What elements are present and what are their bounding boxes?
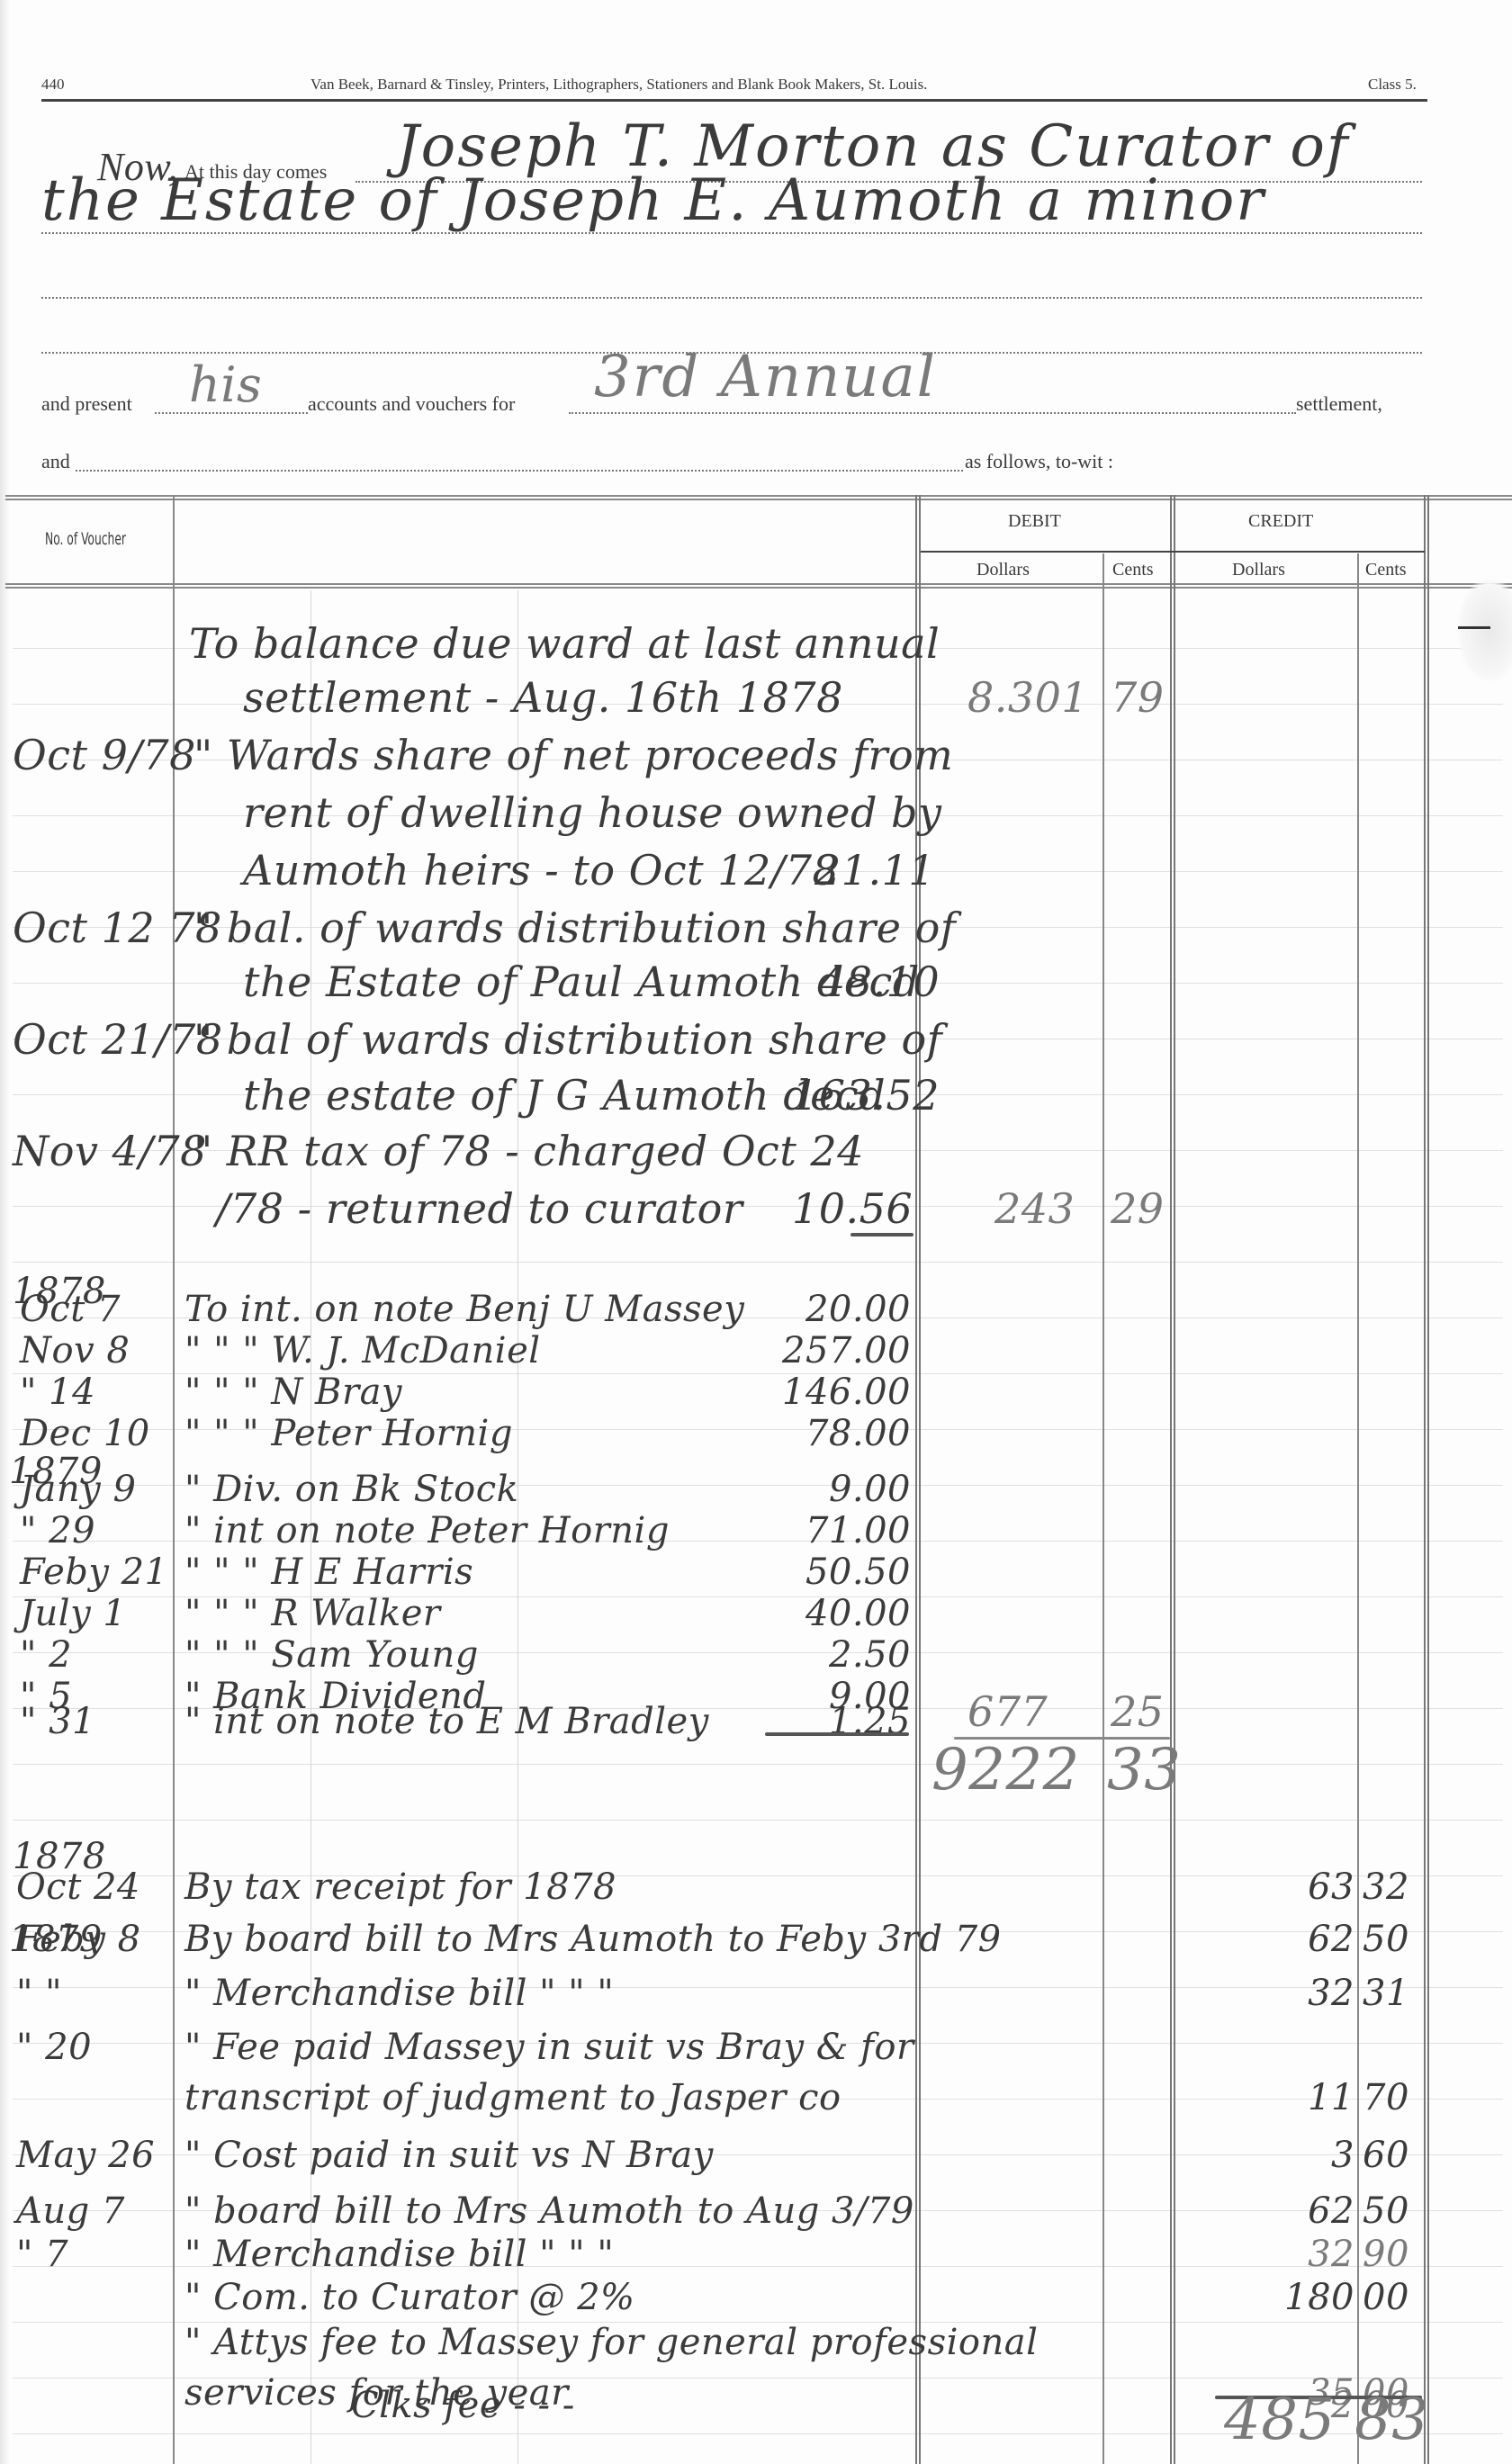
dotted-line-3 [41,297,1422,299]
header-rule [41,99,1427,102]
credit-cents-value: 31 [1363,1973,1409,2014]
page-tear [1456,576,1512,684]
entry-line: the Estate of Paul Aumoth decd [243,958,920,1006]
debit-total-cents: 33 [1107,1737,1181,1803]
credit-cents-value: 70 [1363,2077,1409,2118]
entry-line: To balance due ward at last annual [189,619,940,668]
interest-description: " " " N Bray [184,1371,402,1413]
credit-description: " board bill to Mrs Aumoth to Aug 3/79 [184,2190,914,2232]
interest-date: " 29 [20,1510,95,1551]
credit-cents-value: 32 [1363,1866,1409,1908]
present-label: and present [41,392,132,416]
debit-total-dollars: 9222 [931,1737,1080,1803]
credit-cents-value: 90 [1363,2234,1409,2275]
debit-cents-divider [1102,553,1104,2464]
ledger-rule [13,1262,1503,1263]
ledger-page: 440 Van Beek, Barnard & Tinsley, Printer… [0,0,1512,2464]
sub-amount-underline [850,1233,913,1236]
credit-dollars-value: 32 [1308,1973,1354,2014]
entry-line: " bal of wards distribution share of [193,1015,942,1064]
entry-date: Nov 4/78 [13,1127,207,1175]
and-label: and [41,450,70,473]
interest-amount: 50.50 [805,1551,911,1593]
interest-date: July 1 [20,1593,126,1634]
credit-total-cents: 83 [1354,2387,1428,2453]
interest-description: To int. on note Benj U Massey [184,1289,744,1330]
table-top-border [5,495,1512,500]
credit-dollars-value: 11 [1308,2077,1354,2118]
credit-description: By tax receipt for 1878 [184,1866,616,1908]
debit-dollars-value: 8.301 [967,673,1088,722]
interest-date: Dec 10 [20,1413,150,1454]
credit-description: " Merchandise bill " " " [184,2234,614,2275]
credit-dollars-value: 32 [1308,2234,1354,2275]
debit-cents-value: 25 [1111,1687,1165,1736]
credit-dollars-value: 62 [1308,1919,1354,1960]
credit-cents-value: 00 [1363,2277,1409,2318]
credit-date: May 26 [16,2135,155,2176]
credit-date: Oct 24 [16,1866,140,1908]
credit-date: Aug 7 [16,2190,125,2232]
credit-description: " Com. to Curator @ 2% [184,2277,635,2318]
tear-ink-mark [1458,626,1490,629]
present-handwritten: his [189,356,262,413]
table-header-bottom-border [5,583,1512,589]
debit-dollars-value: 677 [967,1687,1048,1736]
interest-date: Feby 21 [20,1551,168,1593]
credit-cents-value: 60 [1363,2135,1409,2176]
credit-description: " Attys fee to Massey for general profes… [184,2322,1038,2363]
debit-cents-value: 79 [1111,673,1165,722]
credit-total-dollars: 485 [1224,2387,1336,2453]
interest-date: Oct 7 [20,1289,121,1330]
credit-header: CREDIT [1248,511,1313,532]
credit-date: " 20 [16,2027,92,2068]
sub-amount: 21.11 [814,846,935,895]
interest-amount: 2.50 [829,1634,911,1676]
ledger-rule [13,1764,1503,1765]
interest-description: " int on note Peter Hornig [184,1510,670,1551]
debit-dollars-header: Dollars [976,560,1030,580]
follows-label: as follows, to-wit : [965,450,1113,473]
estate-line-handwritten: the Estate of Joseph E. Aumoth a minor [41,167,1265,234]
voucher-column-header: No. of Voucher [45,529,126,549]
dotted-settlement [569,412,1296,414]
interest-date: Nov 8 [20,1330,130,1371]
interest-description: " int on note to E M Bradley [184,1701,709,1742]
entry-date: Oct 21/78 [13,1015,223,1064]
entry-line: " Wards share of net proceeds from [193,731,953,779]
credit-cents-value: 50 [1363,2190,1409,2232]
interest-amount: 78.00 [805,1413,911,1454]
interest-description: " " " Peter Hornig [184,1413,513,1454]
interest-description: " " " R Walker [184,1593,440,1634]
entry-line: settlement - Aug. 16th 1878 [243,673,843,722]
interest-amount: 257.00 [782,1330,911,1371]
interest-amount: 71.00 [805,1510,911,1551]
credit-cents-divider [1357,553,1359,2464]
credit-date: " 7 [16,2234,68,2275]
credit-description: " Merchandise bill " " " [184,1973,614,2014]
dotted-and [76,470,963,472]
sub-amount: 163.52 [792,1071,940,1120]
settlement-label: settlement, [1296,392,1382,416]
credit-cents-value: 50 [1363,1919,1409,1960]
interest-description: " Div. on Bk Stock [184,1469,518,1510]
debit-credit-divider [1170,495,1175,2464]
entry-line: " RR tax of 78 - charged Oct 24 [193,1127,864,1175]
debit-dollars-value: 243 [994,1184,1075,1233]
credit-description: By board bill to Mrs Aumoth to Feby 3rd … [184,1919,1002,1960]
interest-amount: 20.00 [805,1289,911,1330]
credit-date: " " [16,1973,62,2014]
vouchers-label: accounts and vouchers for [308,392,515,416]
credit-dollars-header: Dollars [1232,560,1285,580]
credit-dollars-value: 62 [1308,2190,1354,2232]
entry-line: Aumoth heirs - to Oct 12/78 [243,846,839,895]
entry-line: rent of dwelling house owned by [243,788,941,837]
interest-amount: 1.25 [829,1701,911,1742]
interest-description: " " " Sam Young [184,1634,479,1676]
interest-amount: 146.00 [782,1371,911,1413]
credit-dollars-value: 63 [1308,1866,1354,1908]
interest-amount: 40.00 [805,1593,911,1634]
sub-amount: 10.56 [792,1184,913,1233]
credit-dollars-value: 180 [1284,2277,1354,2318]
credit-description: " Fee paid Massey in suit vs Bray & for [184,2027,914,2068]
credit-dollars-value: 3 [1331,2135,1354,2176]
credit-date: Feby 8 [16,1919,141,1960]
page-number: 440 [41,76,65,94]
credit-description: " Cost paid in suit vs N Bray [184,2135,714,2176]
debit-credit-subheader-rule [921,551,1425,553]
interest-description: " " " W. J. McDaniel [184,1330,541,1371]
ledger-rule [13,1820,1503,1821]
debit-header: DEBIT [1008,511,1061,532]
interest-date: " 14 [20,1371,95,1413]
publisher-line: Van Beek, Barnard & Tinsley, Printers, L… [310,76,927,94]
credit-description: Clks fee - - - [351,2385,575,2426]
page-edge-shadow [0,0,9,2464]
year-label: 1879 [9,1451,103,1492]
interest-description: " " " H E Harris [184,1551,473,1593]
debit-cents-header: Cents [1112,560,1154,580]
entry-date: Oct 9/78 [13,731,196,779]
credit-cents-header: Cents [1365,560,1407,580]
sub-amount: 48.10 [819,958,940,1006]
settlement-handwritten: 3rd Annual [594,344,937,410]
interest-amount: 9.00 [829,1469,911,1510]
entry-date: Oct 12 78 [13,904,222,952]
class-label: Class 5. [1368,76,1417,94]
entry-line: " bal. of wards distribution share of [193,904,956,952]
voucher-column-divider [173,495,175,2464]
credit-right-border [1424,495,1429,2464]
debit-cents-value: 29 [1111,1184,1165,1233]
interest-subtotal-underline [765,1732,909,1736]
interest-date: " 31 [20,1701,95,1742]
entry-line: /78 - returned to curator [216,1184,742,1233]
entry-line: the estate of J G Aumoth decd [243,1071,886,1120]
credit-description: transcript of judgment to Jasper co [184,2077,841,2118]
interest-date: " 2 [20,1634,72,1676]
